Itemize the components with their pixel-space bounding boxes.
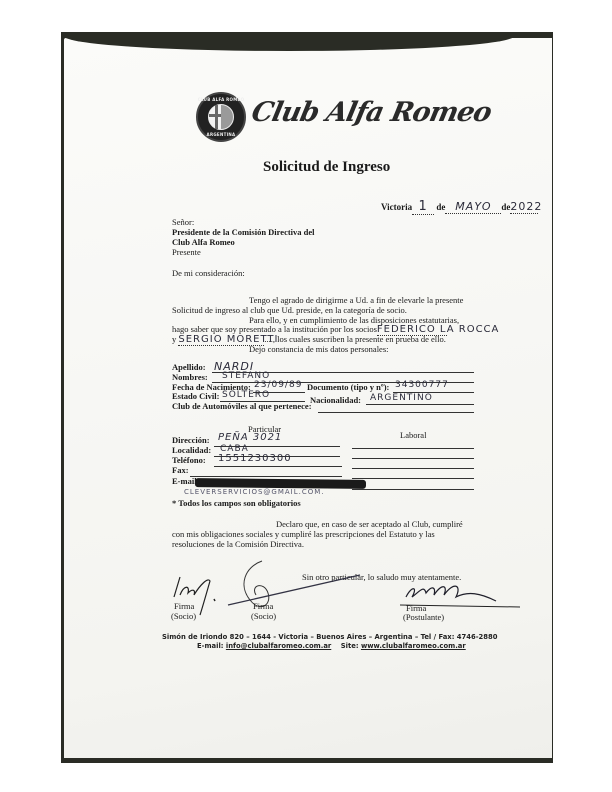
seal-bottom-text: ARGENTINA: [196, 132, 246, 137]
direccion-laboral-line[interactable]: [352, 448, 474, 449]
nacionalidad-label: Nacionalidad:: [310, 395, 361, 405]
email-handwritten[interactable]: CLEVERSERVICIOS@GMAIL.COM.: [184, 488, 325, 496]
direccion-label: Dirección:: [172, 435, 210, 445]
nombres-label: Nombres:: [172, 372, 208, 382]
apellido-label: Apellido:: [172, 362, 206, 372]
declaration-line-3: resoluciones de la Comisión Directiva.: [172, 539, 304, 549]
salutation: Señor:: [172, 217, 194, 227]
document-title: Solicitud de Ingreso: [263, 159, 390, 176]
seal-shield-icon: [208, 104, 234, 130]
seal-top-text: CLUB ALFA ROMEO: [196, 97, 246, 102]
date-month: MAYO: [455, 200, 491, 213]
footer-contact: E-mail: info@clubalfaromeo.com.ar Site: …: [197, 642, 466, 650]
signature-postulante-role: (Postulante): [403, 612, 444, 622]
addressee-line-2: Club Alfa Romeo: [172, 237, 235, 247]
localidad-label: Localidad:: [172, 445, 211, 455]
estado-civil-value[interactable]: SOLTERO: [222, 390, 270, 400]
footer-site-link[interactable]: www.clubalfaromeo.com.ar: [361, 642, 466, 650]
handwritten-signatures: [150, 555, 530, 625]
signature-socio-2-label: Firma: [253, 601, 273, 611]
declaration-line-1: Declaro que, en caso de ser aceptado al …: [276, 519, 463, 529]
club-seal-logo: CLUB ALFA ROMEO ARGENTINA: [196, 92, 246, 142]
email-laboral-line[interactable]: [352, 489, 474, 490]
brand-name: Club Alfa Romeo: [249, 97, 494, 128]
body-p1-line-1: Tengo el agrado de dirigirme a Ud. a fin…: [249, 295, 463, 305]
declaration-line-2: con mis obligaciones sociales y cumpliré…: [172, 529, 435, 539]
document-page: [64, 38, 552, 758]
nacionalidad-value[interactable]: ARGENTINO: [370, 393, 433, 403]
footer-address: Simón de Iriondo 820 – 1644 - Victoria –…: [162, 633, 497, 641]
footer-email-link[interactable]: info@clubalfaromeo.com.ar: [226, 642, 331, 650]
telefono-value[interactable]: 1551230300: [218, 453, 292, 464]
fax-label: Fax:: [172, 465, 189, 475]
localidad-laboral-line[interactable]: [352, 458, 474, 459]
club-automoviles-field-line[interactable]: [318, 412, 474, 413]
direccion-value[interactable]: PEÑA 3021: [218, 432, 282, 443]
date-de-1: de: [436, 202, 445, 212]
fecha-nacimiento-value[interactable]: 23/09/89: [254, 380, 302, 390]
date-place-label: Victoria: [381, 202, 412, 212]
telefono-laboral-line[interactable]: [352, 468, 474, 469]
documento-value[interactable]: 34300777: [395, 380, 449, 390]
date-line: Victoria1 deMAYOde2022: [381, 199, 538, 215]
date-year: 2022: [510, 200, 542, 213]
addressee-line-1: Presidente de la Comisión Directiva del: [172, 227, 315, 237]
date-de-2: de: [501, 202, 510, 212]
club-automoviles-label: Club de Automóviles al que pertenece:: [172, 401, 312, 411]
signature-socio-1-label: Firma: [174, 601, 194, 611]
body-p1-line-2: Solicitud de ingreso al club que Ud. pre…: [172, 305, 407, 315]
telefono-label: Teléfono:: [172, 455, 206, 465]
greeting: De mi consideración:: [172, 268, 245, 278]
telefono-particular-line: [214, 466, 342, 467]
signature-socio-2-role: (Socio): [251, 611, 276, 621]
fax-particular-line[interactable]: [190, 476, 342, 477]
body-p3: Dejo constancia de mis datos personales:: [249, 344, 389, 354]
fax-laboral-line[interactable]: [352, 478, 474, 479]
column-laboral: Laboral: [400, 430, 426, 440]
signature-socio-1-role: (Socio): [171, 611, 196, 621]
documento-label: Documento (tipo y nº):: [307, 382, 389, 392]
addressee-line-3: Presente: [172, 247, 201, 257]
estado-civil-label: Estado Civil:: [172, 391, 219, 401]
date-day: 1: [419, 199, 428, 214]
nacionalidad-field-line: [366, 404, 474, 405]
required-note: * Todos los campos son obligatorios: [172, 498, 301, 508]
